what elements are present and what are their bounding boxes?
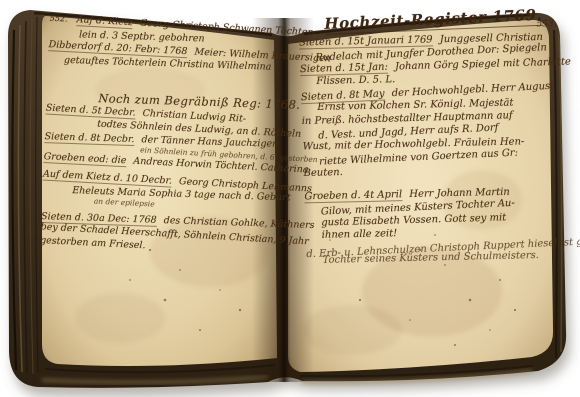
entry-note-text: an der epilepsie [94,196,155,208]
entry-text: Beuten. [303,167,343,179]
entry-place-date: Sieten d. 8t Decbr. [44,131,134,146]
entry-place-date: Groeben eod: die [43,151,126,167]
entry-place-date: Auf d. Kietz [76,14,133,29]
old-register-book-photo: 552. Auf d. Kietz Georg Christoph Schwan… [0,0,580,397]
entry-text: ihnen alle zeit! [322,228,398,241]
right-page-text: Hochzeit-Register 1769. 553. Sieten d. 1… [298,5,559,267]
left-page-text: 552. Auf d. Kietz Georg Christoph Schwan… [40,13,278,258]
entry-text: Flissen. D. 5. L. [316,74,395,87]
page-number-right: 553. [536,19,556,30]
entry-place-date: Sieten d. 5t Decbr. [45,103,135,120]
entry-place-date: Groeben d. 4t April [304,189,402,203]
page-number-left: 552. [50,14,68,24]
